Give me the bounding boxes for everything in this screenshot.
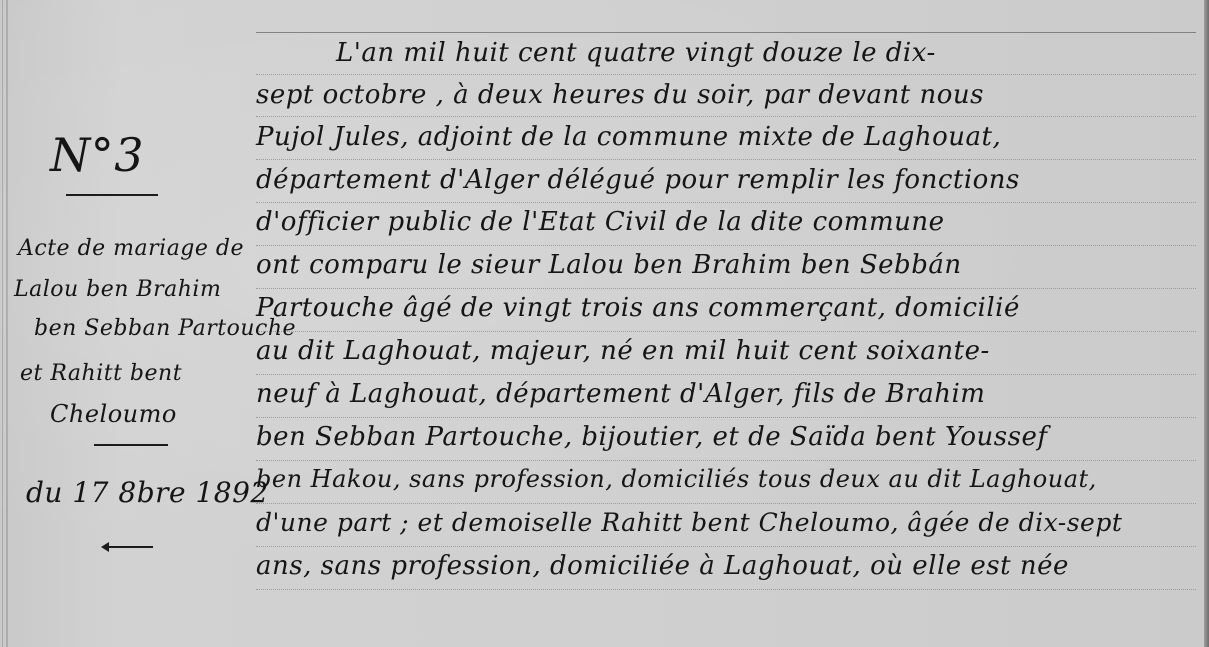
- ruled-line: [256, 202, 1196, 203]
- margin-summary-line: Acte de mariage de: [18, 236, 244, 261]
- body-line-6: ont comparu le sieur Lalou ben Brahim be…: [256, 250, 962, 280]
- margin-rule-outer: [2, 0, 3, 647]
- body-line-9: neuf à Laghouat, département d'Alger, fi…: [256, 379, 985, 409]
- ruled-line: [256, 546, 1196, 547]
- ruled-line: [256, 159, 1196, 160]
- ruled-line: [256, 288, 1196, 289]
- body-line-8: au dit Laghouat, majeur, né en mil huit …: [256, 336, 990, 366]
- ruled-line: [256, 331, 1196, 332]
- ruled-line: [256, 245, 1196, 246]
- record-number-underline: [66, 194, 158, 196]
- body-line-7: Partouche âgé de vingt trois ans commerç…: [256, 293, 1020, 323]
- record-number: N°3: [50, 128, 144, 182]
- body-line-13: ans, sans profession, domiciliée à Lagho…: [256, 551, 1069, 581]
- ruled-line: [256, 589, 1196, 590]
- ruled-line: [256, 503, 1196, 504]
- body-line-3: Pujol Jules, adjoint de la commune mixte…: [256, 122, 1001, 152]
- body-line-1: L'an mil huit cent quatre vingt douze le…: [336, 38, 936, 68]
- arrow-left-icon: [107, 546, 153, 548]
- ruled-line: [256, 374, 1196, 375]
- body-line-5: d'officier public de l'Etat Civil de la …: [256, 207, 944, 237]
- scanned-register-page: N°3 Acte de mariage de Lalou ben Brahim …: [0, 0, 1209, 647]
- record-date: du 17 8bre 1892: [26, 476, 269, 509]
- ruled-line: [256, 116, 1196, 117]
- margin-summary-line: et Rahitt bent: [20, 361, 182, 386]
- page-edge: [1204, 0, 1209, 647]
- body-line-4: département d'Alger délégué pour remplir…: [256, 165, 1020, 195]
- ruled-line: [256, 417, 1196, 418]
- ruled-line: [256, 460, 1196, 461]
- ruled-line: [256, 32, 1196, 33]
- ruled-line: [256, 74, 1196, 75]
- body-line-11: ben Hakou, sans profession, domiciliés t…: [256, 465, 1097, 493]
- body-line-10: ben Sebban Partouche, bijoutier, et de S…: [256, 422, 1047, 452]
- margin-summary-line: Lalou ben Brahim: [14, 277, 221, 302]
- margin-summary-line: Cheloumo: [50, 400, 177, 428]
- body-line-12: d'une part ; et demoiselle Rahitt bent C…: [256, 508, 1122, 537]
- summary-underline: [94, 444, 168, 446]
- body-line-2: sept octobre , à deux heures du soir, pa…: [256, 80, 984, 110]
- margin-rule: [6, 0, 8, 647]
